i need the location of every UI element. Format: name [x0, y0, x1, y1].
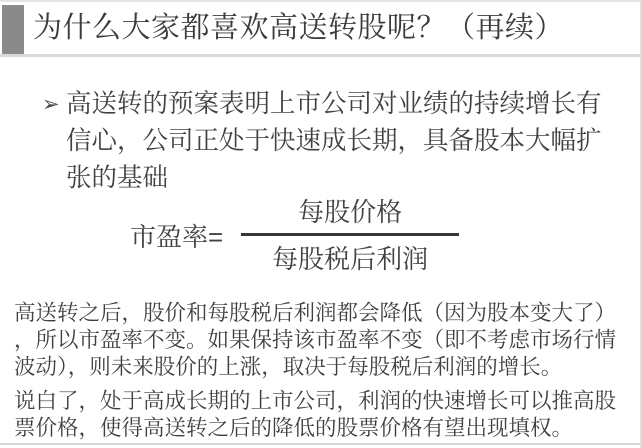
presentation-slide: 为什么大家都喜欢高送转股呢？（再续） ➢高送转的预案表明上市公司对业绩的持续增长…: [0, 0, 642, 448]
pe-ratio-formula: 市盈率= 每股价格 每股税后利润: [130, 197, 640, 274]
arrow-bullet-icon: ➢: [42, 86, 66, 123]
bullet-item: ➢高送转的预案表明上市公司对业绩的持续增长有信心，公司正处于快速成长期，具备股本…: [0, 86, 640, 197]
body-paragraph-2: 说白了，处于高成长期的上市公司，利润的快速增长可以推高股票价格，使得高送转之后的…: [0, 388, 640, 442]
bullet-text: 高送转的预案表明上市公司对业绩的持续增长有信心，公司正处于快速成长期，具备股本大…: [66, 90, 602, 192]
fraction-numerator: 每股价格: [241, 197, 459, 227]
body-paragraph-1: 高送转之后，股价和每股税后利润都会降低（因为股本变大了），所以市盈率不变。如果保…: [0, 300, 640, 381]
formula-label: 市盈率=: [130, 217, 223, 254]
bottom-divider: [0, 443, 640, 445]
title-bar: 为什么大家都喜欢高送转股呢？（再续）: [0, 2, 640, 57]
fraction-denominator: 每股税后利润: [241, 244, 459, 274]
slide-title: 为什么大家都喜欢高送转股呢？（再续）: [33, 2, 564, 54]
fraction-bar: [241, 233, 459, 236]
title-accent-square: [2, 5, 24, 54]
fraction: 每股价格 每股税后利润: [241, 197, 459, 274]
